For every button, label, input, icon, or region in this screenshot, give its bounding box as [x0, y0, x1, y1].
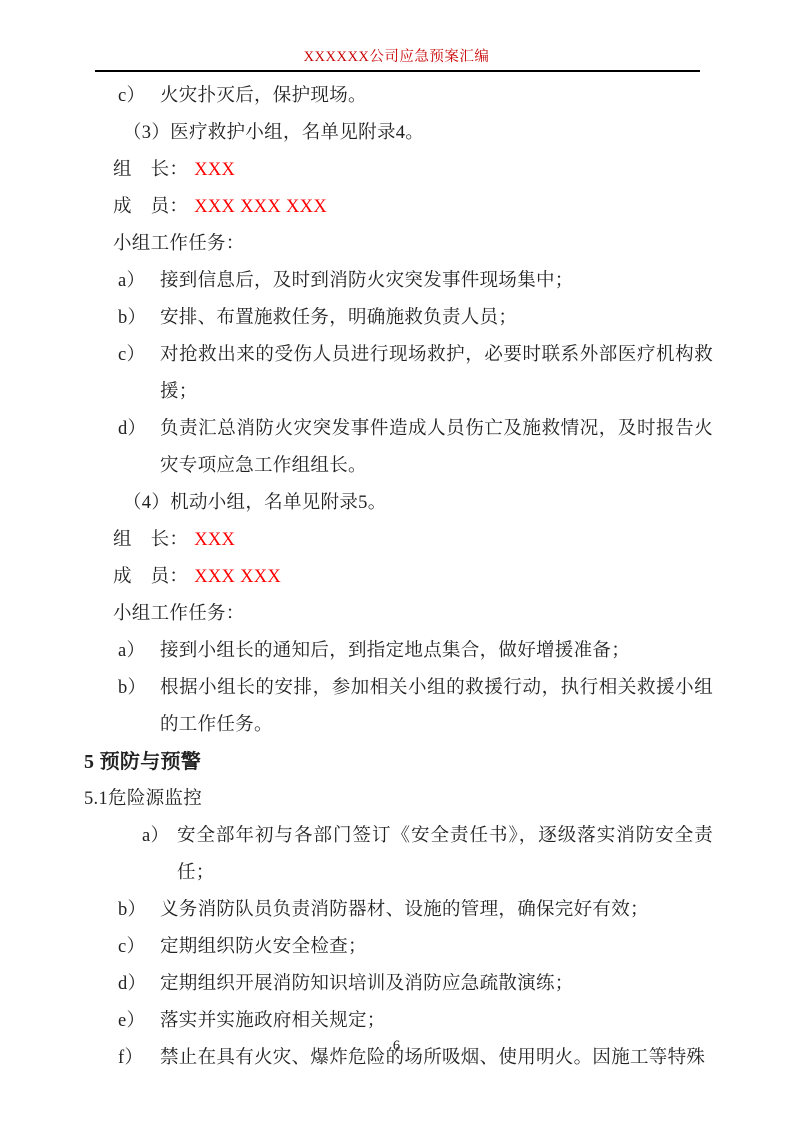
list-item: a）安全部年初与各部门签订《安全责任书》，逐级落实消防安全责任； — [177, 818, 713, 892]
list-marker: e） — [118, 1003, 145, 1040]
role-value: XXX — [194, 530, 235, 550]
list-text: 负责汇总消防火灾突发事件造成人员伤亡及施救情况，及时报告火灾专项应急工作组组长。 — [160, 419, 713, 476]
list-item: b）义务消防队员负责消防器材、设施的管理，确保完好有效； — [160, 892, 713, 929]
list-marker: b） — [118, 300, 146, 337]
list-item: a）接到信息后，及时到消防火灾突发事件现场集中； — [160, 263, 713, 300]
role-line: 组 长：XXX — [113, 152, 713, 189]
role-value: XXX XXX XXX — [194, 197, 327, 217]
list-marker: d） — [118, 966, 146, 1003]
doc-body: c）火灾扑灭后，保护现场。（3）医疗救护小组，名单见附录4。组 长：XXX成 员… — [0, 78, 793, 1077]
list-item: b）根据小组长的安排，参加相关小组的救援行动，执行相关救援小组的工作任务。 — [160, 670, 713, 744]
page-number: 6 — [393, 1038, 400, 1054]
role-line: 成 员：XXX XXX XXX — [113, 189, 713, 226]
role-value: XXX XXX — [194, 567, 281, 587]
list-marker: a） — [118, 633, 145, 670]
role-line: 组 长：XXX — [113, 522, 713, 559]
subsection-heading: 5.1危险源监控 — [84, 781, 713, 818]
list-text: 安排、布置施救任务，明确施救负责人员； — [160, 308, 517, 328]
list-item: b）安排、布置施救任务，明确施救负责人员； — [160, 300, 713, 337]
list-marker: a） — [118, 263, 145, 300]
numbered-paragraph: （4）机动小组，名单见附录5。 — [123, 485, 713, 522]
header-title: XXXXXX公司应急预案汇编 — [0, 47, 793, 67]
list-marker: b） — [118, 670, 146, 707]
list-marker: c） — [118, 929, 145, 966]
list-text: 根据小组长的安排，参加相关小组的救援行动，执行相关救援小组的工作任务。 — [160, 678, 713, 735]
list-marker: b） — [118, 892, 146, 929]
list-marker: c） — [118, 337, 145, 374]
page-header: XXXXXX公司应急预案汇编 — [0, 0, 793, 72]
page-footer: 6 — [0, 1036, 793, 1056]
paragraph: 小组工作任务： — [113, 596, 713, 633]
header-rule — [95, 70, 700, 72]
list-text: 落实并实施政府相关规定； — [160, 1011, 386, 1031]
list-item: e）落实并实施政府相关规定； — [160, 1003, 713, 1040]
list-text: 接到小组长的通知后，到指定地点集合，做好增援准备； — [160, 641, 630, 661]
list-item: a）接到小组长的通知后，到指定地点集合，做好增援准备； — [160, 633, 713, 670]
list-item: d）定期组织开展消防知识培训及消防应急疏散演练； — [160, 966, 713, 1003]
list-item: c）对抢救出来的受伤人员进行现场救护，必要时联系外部医疗机构救援； — [160, 337, 713, 411]
paragraph: 小组工作任务： — [113, 226, 713, 263]
list-marker: a） — [142, 818, 169, 855]
list-item: d）负责汇总消防火灾突发事件造成人员伤亡及施救情况，及时报告火灾专项应急工作组组… — [160, 411, 713, 485]
list-text: 火灾扑灭后，保护现场。 — [160, 86, 367, 106]
role-label: 成 员： — [113, 197, 188, 217]
list-text: 定期组织防火安全检查； — [160, 937, 367, 957]
list-text: 安全部年初与各部门签订《安全责任书》，逐级落实消防安全责任； — [177, 826, 713, 883]
section-heading: 5 预防与预警 — [84, 744, 713, 781]
list-text: 接到信息后，及时到消防火灾突发事件现场集中； — [160, 271, 574, 291]
list-text: 义务消防队员负责消防器材、设施的管理，确保完好有效； — [160, 900, 649, 920]
list-text: 定期组织开展消防知识培训及消防应急疏散演练； — [160, 974, 574, 994]
list-item: c）定期组织防火安全检查； — [160, 929, 713, 966]
role-line: 成 员：XXX XXX — [113, 559, 713, 596]
list-text: 对抢救出来的受伤人员进行现场救护，必要时联系外部医疗机构救援； — [160, 345, 713, 402]
list-marker: c） — [118, 78, 145, 115]
role-label: 组 长： — [113, 160, 188, 180]
role-label: 组 长： — [113, 530, 188, 550]
role-label: 成 员： — [113, 567, 188, 587]
numbered-paragraph: （3）医疗救护小组，名单见附录4。 — [123, 115, 713, 152]
list-item: c）火灾扑灭后，保护现场。 — [160, 78, 713, 115]
role-value: XXX — [194, 160, 235, 180]
list-marker: d） — [118, 411, 146, 448]
